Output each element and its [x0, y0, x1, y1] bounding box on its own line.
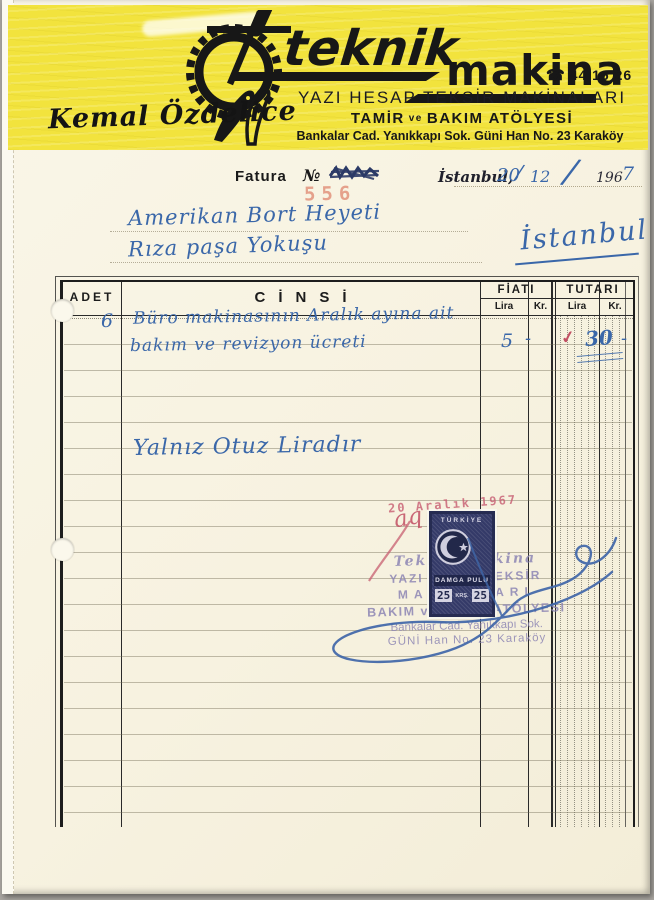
letterhead-workshop-line: TAMİRveBAKIM ATÖLYESİ: [280, 110, 644, 127]
customer-city: İstanbul: [519, 214, 649, 256]
row-unit-price-lira: 5: [501, 330, 513, 352]
subheader-tutari-kr: Kr.: [599, 301, 631, 312]
header-sub-divider: [480, 298, 633, 299]
date-month: 12: [530, 167, 550, 186]
column-header-fiati: FİATI: [480, 284, 553, 296]
row-total-kr: -: [621, 328, 627, 349]
workshop-left: TAMİR: [351, 110, 405, 127]
phone-number-text: 44 16 26: [570, 67, 633, 83]
punch-hole-bottom: [51, 538, 74, 561]
subheader-fiati-lira: Lira: [480, 301, 528, 312]
row-total-lira: 30: [584, 325, 613, 351]
subheader-tutari-lira: Lira: [555, 301, 599, 312]
amount-in-words: Yalnız Otuz Liradır: [133, 432, 362, 461]
phone-number: ☎44 16 26: [546, 66, 632, 84]
subheader-fiati-kr: Kr.: [528, 301, 553, 312]
row-description-line2: bakım ve revizyon ücreti: [130, 332, 367, 356]
scanned-invoice: teknik makina Kemal Özdelice ☎44 16 26 Y…: [0, 0, 654, 900]
letterhead-services-line: YAZI HESAP TEKSİR MAKİNALARI: [280, 88, 644, 108]
invoice-paper: teknik makina Kemal Özdelice ☎44 16 26 Y…: [2, 0, 650, 894]
brand-word-teknik: teknik: [281, 20, 461, 77]
row-unit-price-kr: -: [525, 328, 531, 349]
row-quantity: 6: [101, 310, 113, 332]
column-header-adet: ADET: [63, 290, 121, 304]
punch-hole-top: [51, 299, 74, 322]
logo-bar-top: [207, 26, 291, 33]
date-year-printed: 196: [596, 170, 623, 186]
workshop-ve: ve: [409, 113, 423, 124]
numero-symbol: №: [303, 166, 320, 185]
handwritten-signature: [318, 520, 638, 680]
fatura-label: Fatura: [235, 168, 287, 185]
letterhead-address: Bankalar Cad. Yanıkkapı Sok. Güni Han No…: [270, 129, 650, 143]
phone-icon: ☎: [546, 67, 566, 84]
date-year-handwritten: 7: [622, 163, 634, 185]
crossed-out-number-scribble: [328, 164, 382, 182]
workshop-right: BAKIM ATÖLYESİ: [427, 110, 573, 127]
column-header-tutari: TUTARI: [553, 284, 633, 296]
